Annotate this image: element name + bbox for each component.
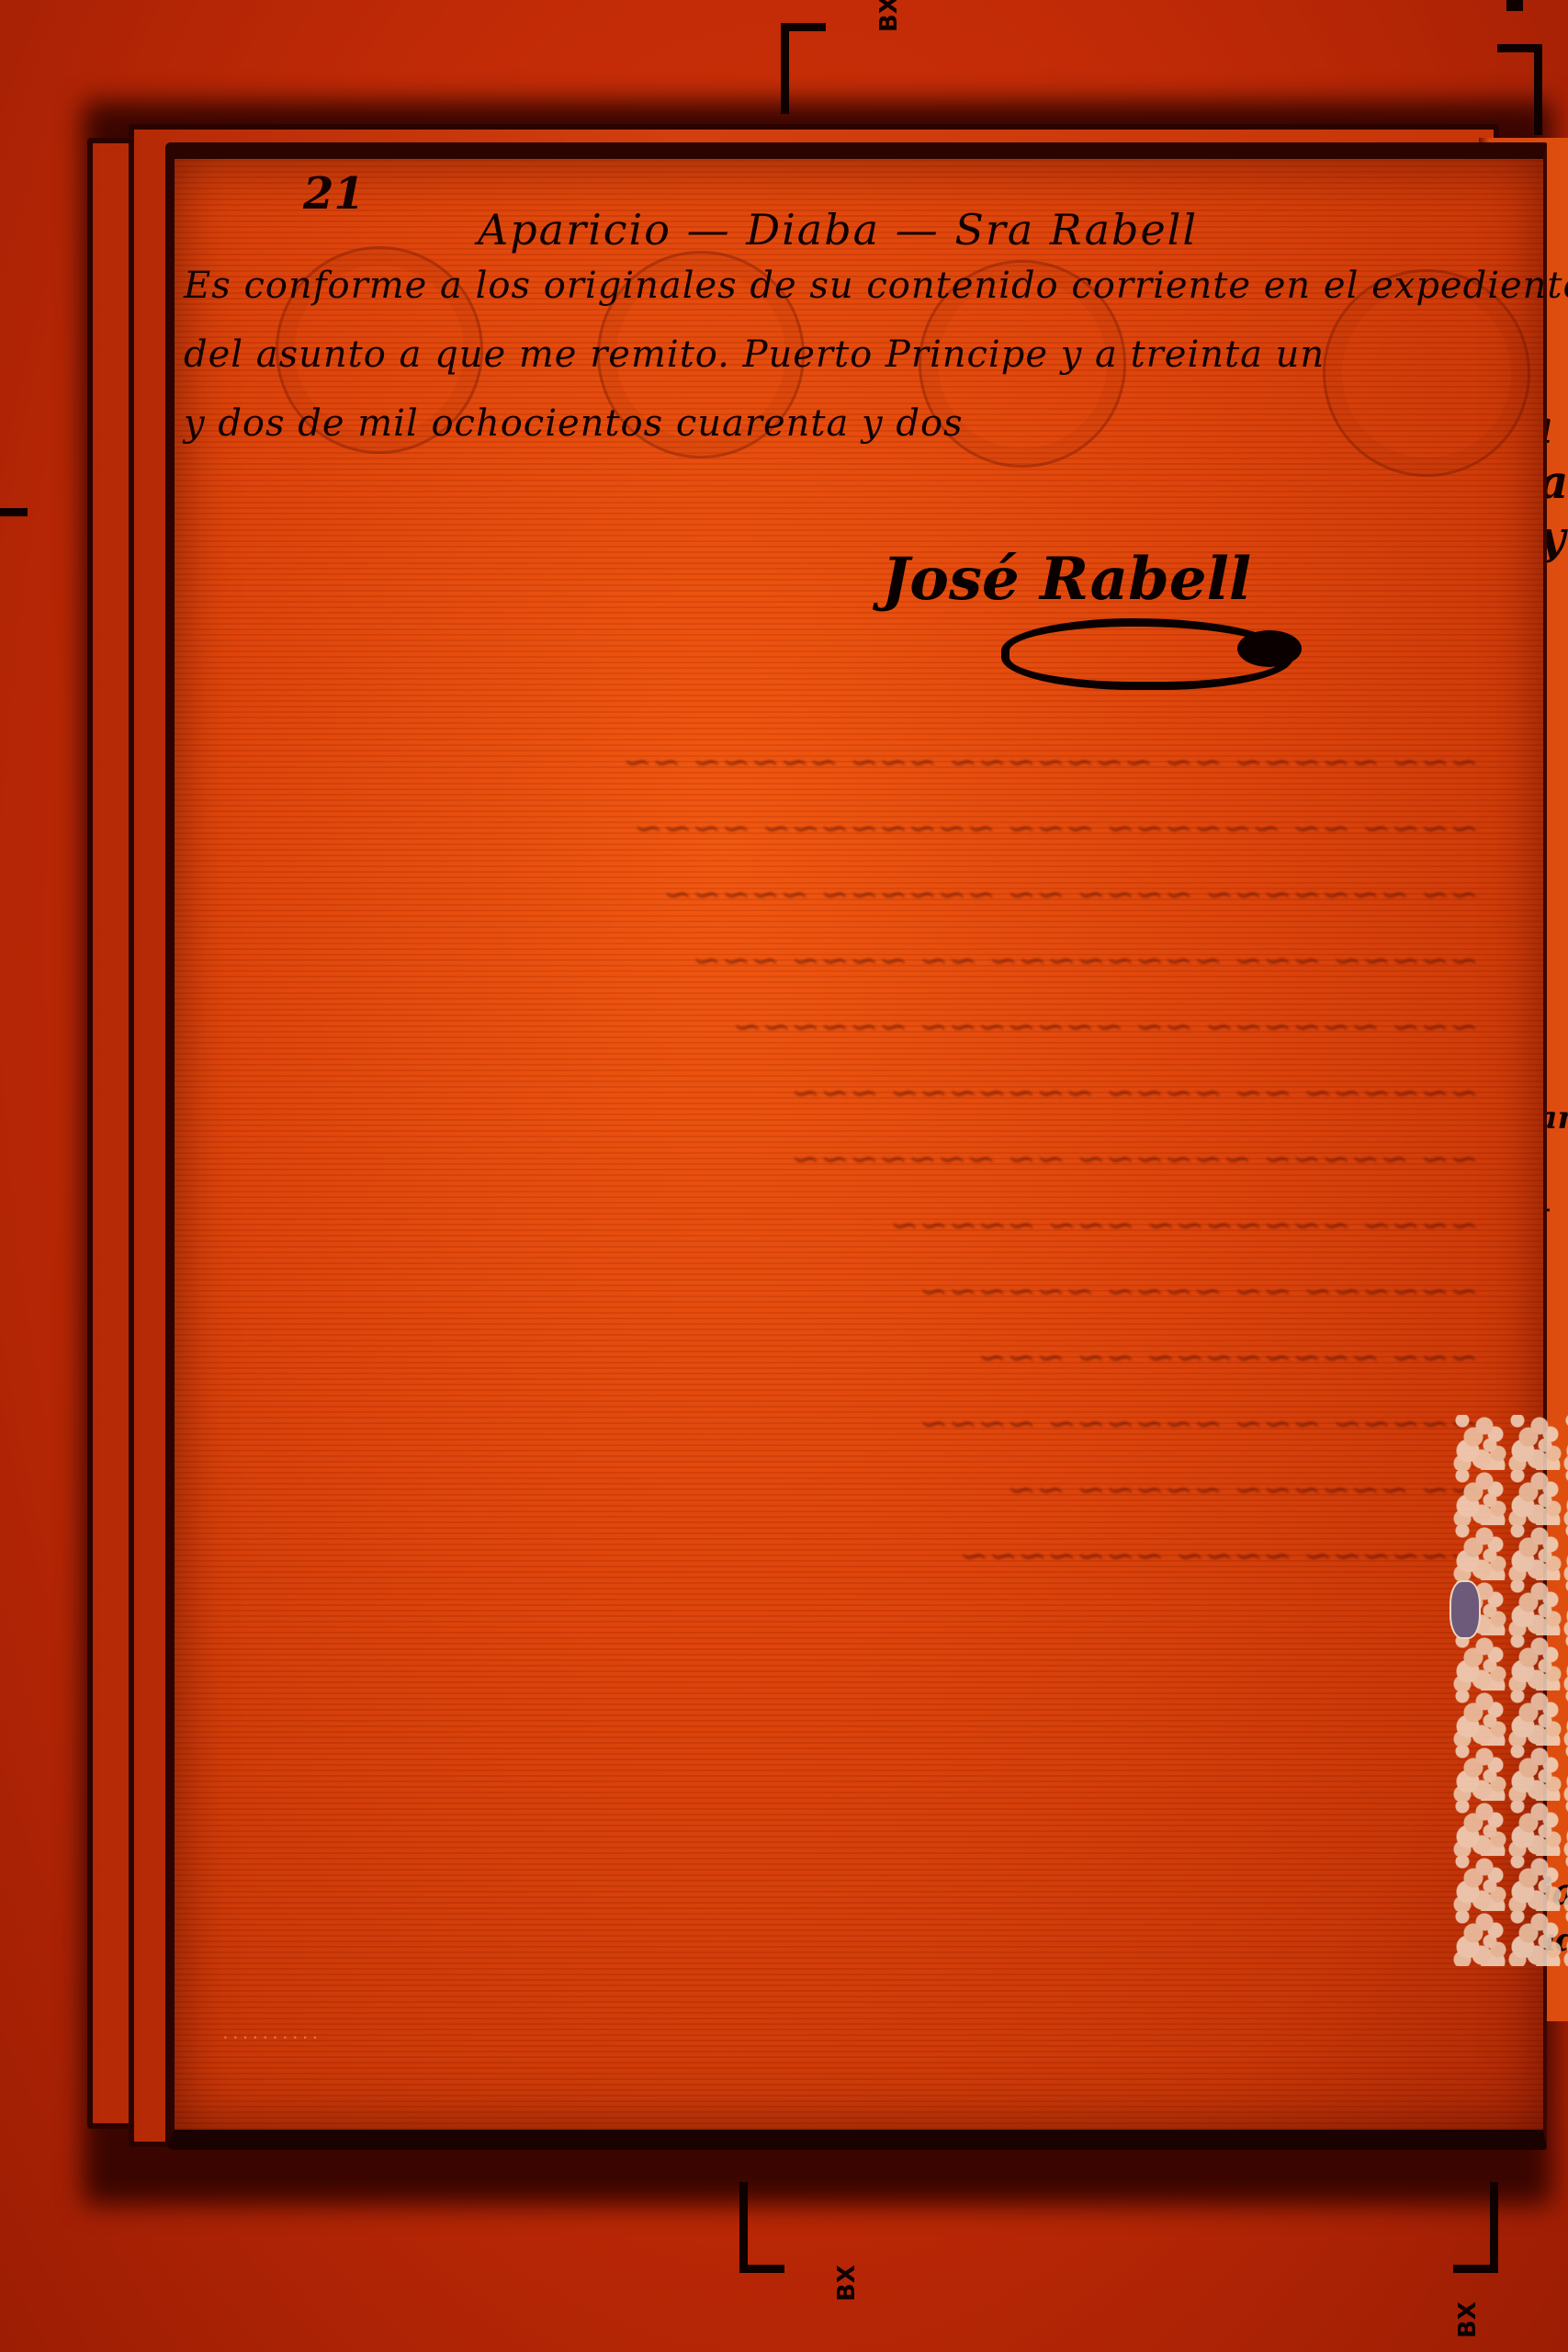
handwritten-line: del asunto a que me remito. Puerto Princ… xyxy=(184,334,1325,376)
manuscript-folio: 21 Aparicio — Diaba — Sra Rabell Es conf… xyxy=(165,142,1547,2150)
crop-mark-top-right xyxy=(1497,44,1542,135)
crop-mark-left-middle xyxy=(0,508,28,516)
damage-blot xyxy=(1450,1580,1481,1639)
manuscript-photograph: la da by o e an ti: N Ojan Bude 21 Apari… xyxy=(0,0,1568,2352)
crop-label: BX xyxy=(833,2265,861,2301)
crop-mark-bottom-right xyxy=(1453,2182,1498,2273)
handwritten-line: y dos de mil ochocientos cuarenta y dos xyxy=(184,402,964,445)
folio-number: 21 xyxy=(303,168,365,220)
crop-label-block xyxy=(1506,0,1523,11)
handwritten-line: Es conforme a los originales de su conte… xyxy=(184,265,1568,307)
faint-archive-stamp: ·········· xyxy=(220,2029,320,2048)
signature-rubric-flourish xyxy=(1001,618,1293,690)
crop-label: BX xyxy=(875,0,903,32)
crop-label: BX xyxy=(1454,2301,1482,2338)
crop-mark-bottom-left xyxy=(739,2182,784,2273)
show-through-text: ~~~ ~~~~~ ~~ ~~~~~~~ ~~~ ~~~~~ ~~ ~~~~ ~… xyxy=(193,729,1479,1589)
crop-mark-top-left xyxy=(781,23,826,114)
signature: José Rabell xyxy=(882,545,1251,614)
water-damage-spots xyxy=(1451,1415,1568,1966)
document-heading: Aparicio — Diaba — Sra Rabell xyxy=(478,205,1198,254)
